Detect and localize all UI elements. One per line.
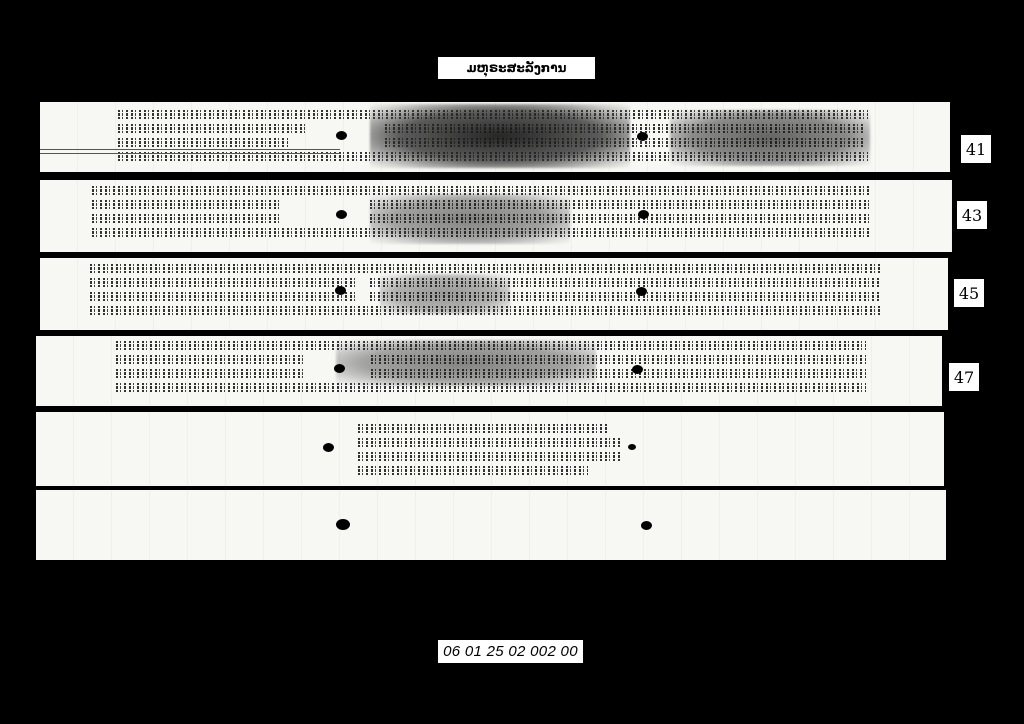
ink-stain: [370, 194, 570, 244]
binding-hole: [632, 365, 643, 374]
binding-hole: [336, 519, 350, 530]
script-line: [118, 138, 288, 147]
script-line: [116, 369, 306, 378]
script-line: [358, 424, 608, 433]
palm-leaf-2: [40, 180, 952, 252]
title-label: ມຫຸຣະສະລັງການ: [438, 57, 595, 79]
palm-leaf-4: [36, 336, 942, 406]
binding-hole: [335, 286, 346, 295]
ruled-line: [40, 149, 340, 150]
binding-hole: [336, 131, 347, 140]
palm-leaf-5: [36, 412, 944, 486]
binding-hole: [638, 210, 649, 219]
binding-hole: [641, 521, 652, 530]
palm-leaf-3: [40, 258, 948, 330]
binding-hole: [336, 210, 347, 219]
binding-hole: [637, 132, 648, 141]
script-line: [358, 452, 620, 461]
ink-stain: [670, 110, 870, 166]
binding-hole: [323, 443, 334, 452]
ruled-line: [40, 153, 340, 154]
page-number-tag: 41: [961, 135, 991, 163]
script-line: [92, 200, 282, 209]
script-line: [118, 124, 308, 133]
script-line: [90, 264, 880, 273]
palm-leaf-1: [40, 102, 950, 172]
script-line: [90, 292, 355, 301]
script-line: [90, 278, 355, 287]
ink-stain: [370, 104, 630, 168]
ink-stain: [336, 340, 596, 386]
script-line: [358, 438, 620, 447]
reel-code-label: 06 01 25 02 002 00: [438, 640, 583, 663]
palm-leaf-6-blank: [36, 490, 946, 560]
binding-hole: [636, 287, 647, 296]
script-line: [358, 466, 588, 475]
script-line: [116, 355, 306, 364]
binding-hole: [628, 444, 636, 450]
script-line: [92, 214, 282, 223]
page-number-tag: 45: [954, 279, 984, 307]
binding-hole: [334, 364, 345, 373]
ink-stain: [380, 274, 510, 314]
page-number-tag: 47: [949, 363, 979, 391]
page-number-tag: 43: [957, 201, 987, 229]
